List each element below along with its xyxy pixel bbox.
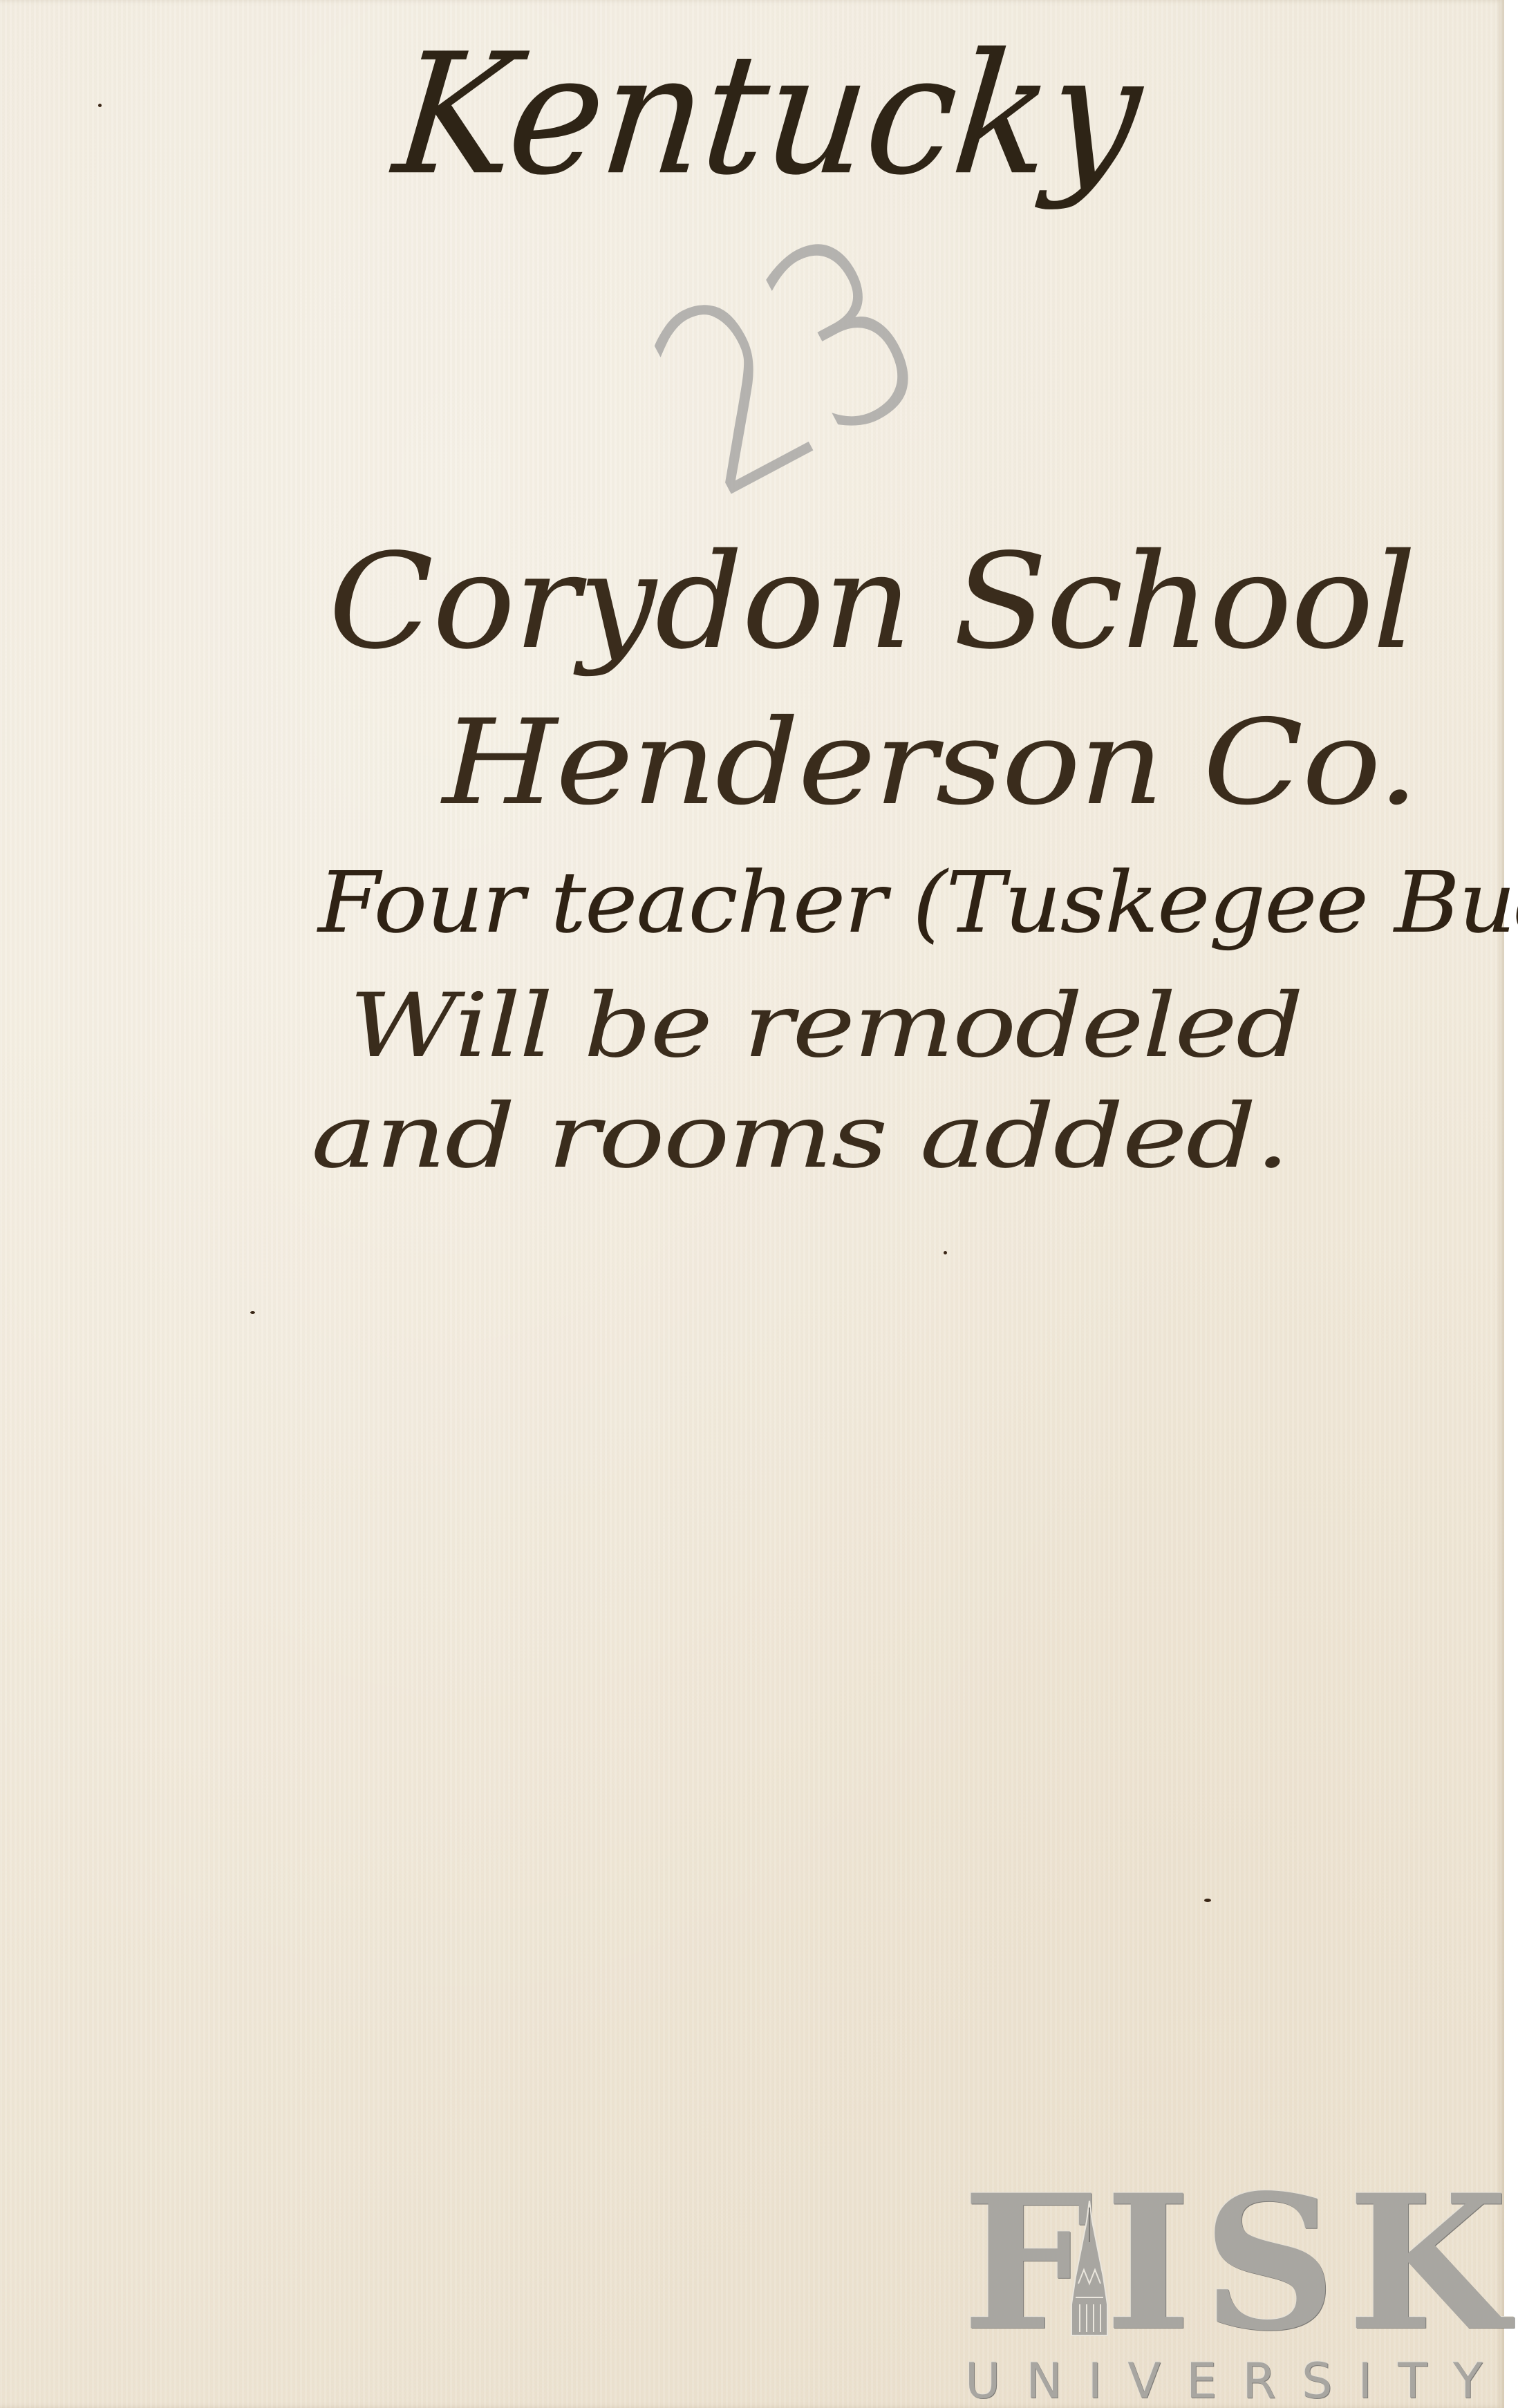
fisk-university-watermark: F I S K UNIVERSITY (962, 2184, 1508, 2405)
logo-letter: K (1347, 2184, 1518, 2343)
rooms-added-line: and rooms added. (311, 1085, 1289, 1188)
bell-tower-spire-icon (1065, 2201, 1114, 2342)
school-type-line: Four teacher (Tuskegee Budget) (318, 854, 1518, 952)
paper-speck (98, 104, 102, 107)
logo-letter: S (1203, 2184, 1348, 2343)
county-line: Henderson Co. (442, 695, 1418, 831)
remodel-note-line: Will be remodeled (349, 975, 1302, 1078)
university-subtitle: UNIVERSITY (965, 2357, 1511, 2405)
paper-speck (944, 1251, 947, 1254)
fisk-wordmark: F I S K (962, 2184, 1508, 2343)
index-card: Kentucky 23 Corydon School Henderson Co.… (0, 0, 1504, 2408)
logo-letter: I (1105, 2184, 1202, 2343)
school-name-line: Corydon School (328, 525, 1415, 678)
state-heading: Kentucky (387, 19, 1148, 212)
paper-speck (250, 1311, 255, 1314)
paper-speck (1204, 1899, 1211, 1902)
